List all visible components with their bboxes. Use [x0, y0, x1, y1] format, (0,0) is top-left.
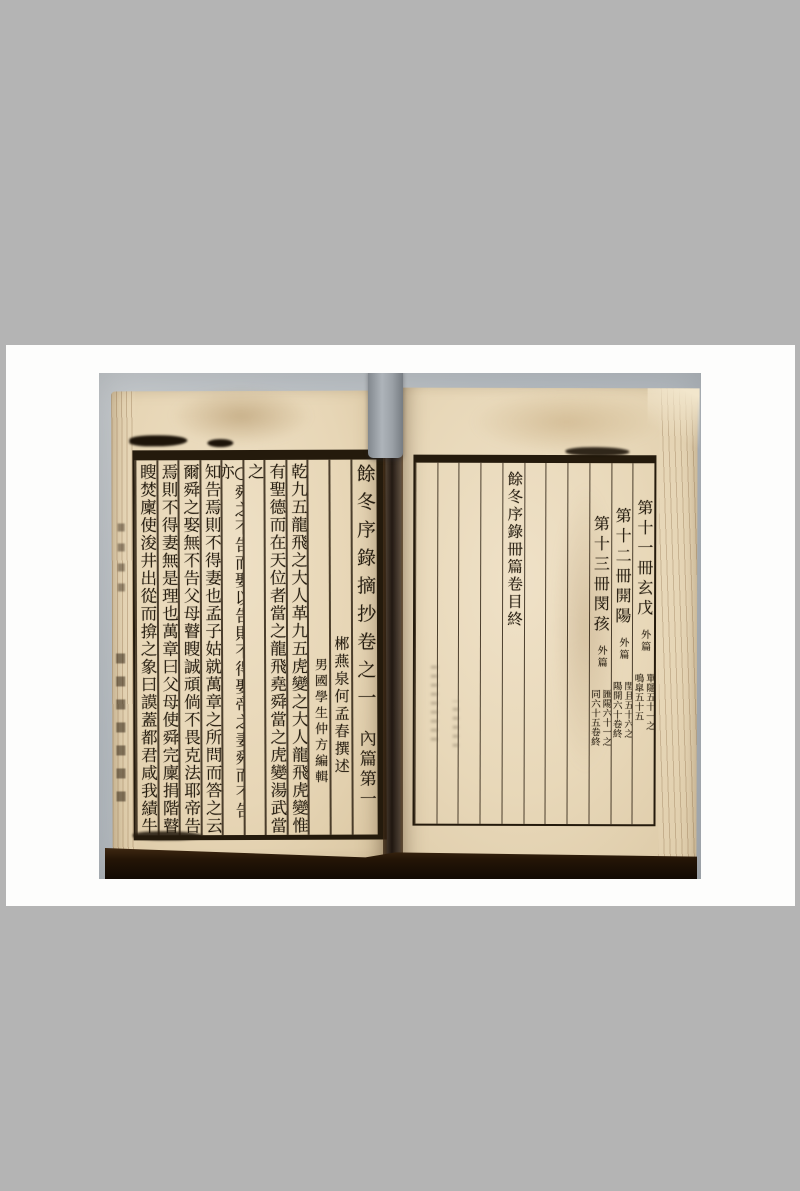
screenshot-canvas: 餘冬序錄摘抄卷之一 內篇第一 郴燕泉何孟春撰述 男國學生仲方編輯 乾九五龍飛之大…	[0, 0, 800, 1191]
section-heading: 內篇第一	[357, 730, 374, 810]
body-column: 有聖德而在天位者當之龍飛堯舜當之虎變湯武當	[264, 460, 287, 835]
body-column: 焉則不得妻無是理也萬章曰父母使舜完廩捐階瞽	[156, 460, 179, 835]
empty-column	[436, 463, 459, 824]
left-page: 餘冬序錄摘抄卷之一 內篇第一 郴燕泉何孟春撰述 男國學生仲方編輯 乾九五龍飛之大…	[111, 391, 387, 874]
body-column: 乾九五龍飛之大人革九五虎變之大人龍飛虎變惟	[285, 460, 308, 835]
toc-juan-range-note: 閏且五十六之 陽開六十卷終	[611, 681, 632, 793]
empty-column	[545, 463, 568, 824]
ink-blotch	[207, 439, 233, 447]
book-photo: 餘冬序錄摘抄卷之一 內篇第一 郴燕泉何孟春撰述 男國學生仲方編輯 乾九五龍飛之大…	[99, 373, 701, 879]
body-column: 爾舜之娶無不告父母瞽瞍誠頑倘不畏克法耶帝告	[177, 460, 200, 835]
left-text-block: 餘冬序錄摘抄卷之一 內篇第一 郴燕泉何孟春撰述 男國學生仲方編輯 乾九五龍飛之大…	[132, 450, 386, 841]
toc-volume-label: 第十二冊開陽	[614, 507, 630, 627]
empty-column	[567, 463, 590, 824]
toc-volume-label: 第十一冊玄戊	[636, 499, 652, 619]
book-strap	[368, 373, 403, 458]
ink-blotch	[565, 447, 629, 456]
toc-entry-column: 第十二冊開陽 外篇 閏且五十六之 陽開六十卷終	[610, 463, 633, 824]
book-gutter	[383, 387, 403, 875]
toc-category-label: 外篇	[595, 645, 605, 669]
body-column: 知告焉則不得妻也孟子姑就萬章之所問而答之云	[199, 460, 222, 835]
toc-juan-range-note: 單隱五十一之 鳴皐五十五	[633, 673, 654, 785]
editor-attribution: 男國學生仲方編輯	[313, 658, 326, 786]
toc-category-label: 外篇	[639, 629, 649, 653]
author-column: 郴燕泉何孟春撰述	[328, 460, 351, 835]
toc-entry-column: 第十一冊玄戊 外篇 單隱五十一之 鳴皐五十五	[632, 463, 655, 824]
paper-stain	[171, 387, 311, 445]
empty-column	[480, 463, 503, 824]
toc-end-colophon: 餘冬序錄冊篇卷目終	[505, 471, 521, 629]
toc-juan-range-note: 匯陽六十一之 同六十五卷終	[589, 689, 610, 801]
toc-entry-column: 第十三冊閔孩 外篇 匯陽六十一之 同六十五卷終	[588, 463, 611, 824]
paper-stain	[471, 390, 661, 454]
colophon-column: 餘冬序錄冊篇卷目終	[501, 463, 524, 824]
body-column: ○舜之不告而娶以告則不得娶帝之妻舜而不告亦	[221, 460, 244, 835]
empty-column	[414, 463, 437, 824]
page-corner-highlight	[647, 388, 699, 452]
body-column: 瞍焚廩使浚井出從而揜之象曰謨蓋都君咸我績牛	[134, 460, 157, 835]
empty-column	[458, 463, 481, 824]
cut-off-column-fragment	[118, 521, 125, 591]
scan-mat: 餘冬序錄摘抄卷之一 內篇第一 郴燕泉何孟春撰述 男國學生仲方編輯 乾九五龍飛之大…	[6, 345, 795, 906]
book-title: 餘冬序錄摘抄卷之一	[355, 464, 375, 716]
ink-blotch	[129, 435, 187, 446]
right-page: 第十一冊玄戊 外篇 單隱五十一之 鳴皐五十五 第十二冊開陽 外篇 閏且五十六之 …	[400, 388, 697, 874]
cut-off-column-fragment	[116, 641, 126, 801]
right-page-fore-edge	[658, 388, 697, 873]
empty-column	[523, 463, 546, 824]
toc-category-label: 外篇	[617, 637, 627, 661]
toc-volume-label: 第十三冊閔孩	[592, 515, 608, 635]
body-column: 之	[242, 460, 265, 835]
editor-column: 男國學生仲方編輯	[307, 460, 330, 835]
right-text-block: 第十一冊玄戊 外篇 單隱五十一之 鳴皐五十五 第十二冊開陽 外篇 閏且五十六之 …	[412, 455, 656, 827]
title-column: 餘冬序錄摘抄卷之一 內篇第一	[350, 460, 378, 835]
author-attribution: 郴燕泉何孟春撰述	[333, 636, 348, 776]
